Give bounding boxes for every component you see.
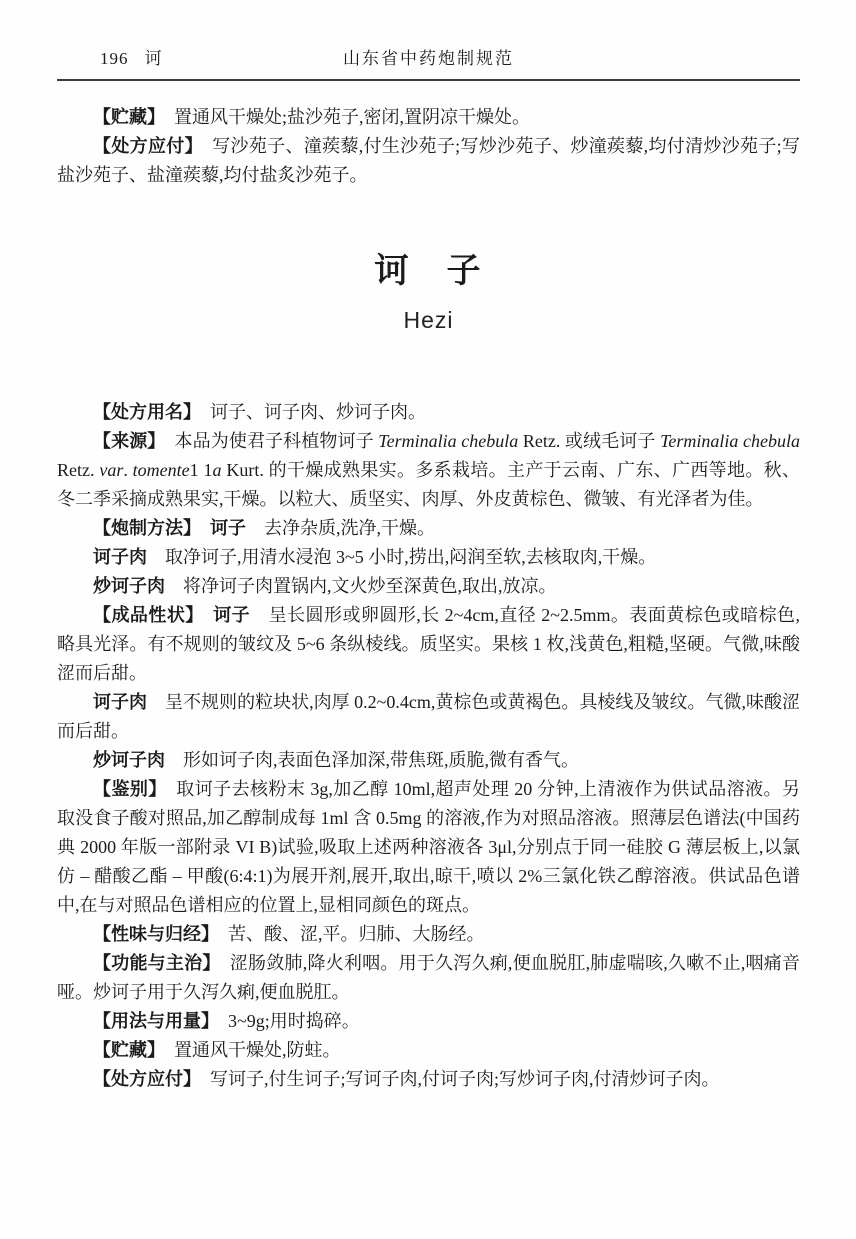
- text-run: 诃子肉: [93, 692, 147, 712]
- text-run: Terminalia chebula: [378, 431, 518, 451]
- paragraph: 【处方应付】 写沙苑子、潼蒺藜,付生沙苑子;写炒沙苑子、炒潼蒺藜,均付清炒沙苑子…: [57, 132, 800, 190]
- text-run: 炒诃子肉: [93, 576, 165, 596]
- text-run: Retz. 或绒毛诃子: [518, 431, 660, 451]
- section-label: 【性味与归经】: [93, 924, 210, 944]
- monograph-title: 诃 子: [57, 250, 800, 294]
- paragraph: 炒诃子肉 将净诃子肉置锅内,文火炒至深黄色,取出,放凉。: [57, 572, 800, 601]
- paragraph: 【处方用名】 诃子、诃子肉、炒诃子肉。: [57, 398, 800, 427]
- section-label: 【炮制方法】: [93, 518, 192, 538]
- text-run: 诃子肉: [93, 547, 147, 567]
- paragraph: 【功能与主治】 涩肠敛肺,降火利咽。用于久泻久痢,便血脱肛,肺虚喘咳,久嗽不止,…: [57, 949, 800, 1007]
- text-run: .: [123, 460, 132, 480]
- section-label: 【贮藏】: [93, 1040, 156, 1060]
- text-run: 苦、酸、涩,平。归肺、大肠经。: [210, 924, 485, 944]
- header-rule: [57, 79, 800, 81]
- document-page: 196诃 山东省中药炮制规范 【贮藏】 置通风干燥处;盐沙苑子,密闭,置阴凉干燥…: [0, 0, 856, 1239]
- text-run: 将净诃子肉置锅内,文火炒至深黄色,取出,放凉。: [165, 576, 557, 596]
- section-label: 【处方应付】: [93, 1069, 192, 1089]
- paragraph: 【炮制方法】 诃子 去净杂质,洗净,干燥。: [57, 514, 800, 543]
- paragraph: 【性味与归经】 苦、酸、涩,平。归肺、大肠经。: [57, 920, 800, 949]
- text-run: tomente: [133, 460, 190, 480]
- text-run: 本品为使君子科植物诃子: [156, 431, 378, 451]
- text-run: 置通风干燥处,防蛀。: [156, 1040, 341, 1060]
- paragraph: 【贮藏】 置通风干燥处,防蛀。: [57, 1036, 800, 1065]
- text-run: var: [99, 460, 123, 480]
- section-label: 【鉴别】: [93, 779, 158, 799]
- section-label: 【处方应付】: [93, 136, 194, 156]
- paragraph: 【贮藏】 置通风干燥处;盐沙苑子,密闭,置阴凉干燥处。: [57, 103, 800, 132]
- page-header: 196诃 山东省中药炮制规范: [57, 46, 800, 72]
- paragraph: 诃子肉 呈不规则的粒块状,肉厚 0.2~0.4cm,黄棕色或黄褐色。具棱线及皱纹…: [57, 688, 800, 746]
- text-run: 诃子: [195, 605, 250, 625]
- text-run: 写诃子,付生诃子;写诃子肉,付诃子肉;写炒诃子肉,付清炒诃子肉。: [192, 1069, 720, 1089]
- text-run: Terminalia chebula: [660, 431, 800, 451]
- section-label: 【处方用名】: [93, 402, 192, 422]
- section-label: 【来源】: [93, 431, 156, 451]
- text-run: 1 1: [190, 460, 213, 480]
- paragraph: 【鉴别】 取诃子去核粉末 3g,加乙醇 10ml,超声处理 20 分钟,上清液作…: [57, 775, 800, 920]
- text-run: 形如诃子肉,表面色泽加深,带焦斑,质脆,微有香气。: [165, 750, 579, 770]
- text-run: 去净杂质,洗净,干燥。: [246, 518, 435, 538]
- text-run: 取诃子去核粉末 3g,加乙醇 10ml,超声处理 20 分钟,上清液作为供试品溶…: [57, 779, 800, 915]
- text-run: 3~9g;用时捣碎。: [210, 1011, 360, 1031]
- text-run: 置通风干燥处;盐沙苑子,密闭,置阴凉干燥处。: [156, 107, 530, 127]
- section-label: 【成品性状】: [93, 605, 195, 625]
- paragraph: 炒诃子肉 形如诃子肉,表面色泽加深,带焦斑,质脆,微有香气。: [57, 746, 800, 775]
- text-run: 诃子: [192, 518, 246, 538]
- paragraph: 【处方应付】 写诃子,付生诃子;写诃子肉,付诃子肉;写炒诃子肉,付清炒诃子肉。: [57, 1065, 800, 1094]
- previous-monograph-tail: 【贮藏】 置通风干燥处;盐沙苑子,密闭,置阴凉干燥处。【处方应付】 写沙苑子、潼…: [57, 103, 800, 190]
- section-label: 【贮藏】: [93, 107, 156, 127]
- paragraph: 【成品性状】 诃子 呈长圆形或卵圆形,长 2~4cm,直径 2~2.5mm。表面…: [57, 601, 800, 688]
- text-run: a: [213, 460, 222, 480]
- section-label: 【功能与主治】: [93, 953, 212, 973]
- monograph-pinyin: Hezi: [57, 306, 800, 334]
- monograph-body: 【处方用名】 诃子、诃子肉、炒诃子肉。【来源】 本品为使君子科植物诃子 Term…: [57, 398, 800, 1094]
- paragraph: 诃子肉 取净诃子,用清水浸泡 3~5 小时,捞出,闷润至软,去核取肉,干燥。: [57, 543, 800, 572]
- book-title: 山东省中药炮制规范: [57, 46, 800, 72]
- paragraph: 【用法与用量】 3~9g;用时捣碎。: [57, 1007, 800, 1036]
- paragraph: 【来源】 本品为使君子科植物诃子 Terminalia chebula Retz…: [57, 427, 800, 514]
- text-run: 取净诃子,用清水浸泡 3~5 小时,捞出,闷润至软,去核取肉,干燥。: [147, 547, 656, 567]
- text-run: 诃子、诃子肉、炒诃子肉。: [192, 402, 426, 422]
- section-label: 【用法与用量】: [93, 1011, 210, 1031]
- text-run: 炒诃子肉: [93, 750, 165, 770]
- text-run: 呈不规则的粒块状,肉厚 0.2~0.4cm,黄棕色或黄褐色。具棱线及皱纹。气微,…: [57, 692, 800, 741]
- text-run: Retz.: [57, 460, 99, 480]
